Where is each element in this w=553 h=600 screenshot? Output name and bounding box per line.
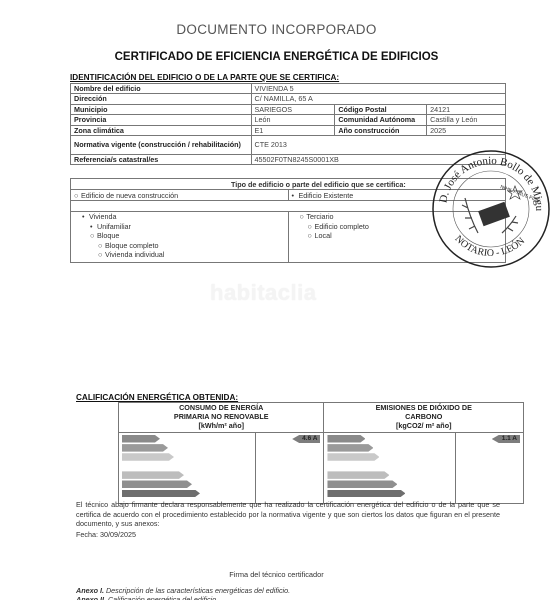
scale-bar-g [327, 490, 405, 498]
rating-heading: CALIFICACIÓN ENERGÉTICA OBTENIDA: [76, 393, 238, 402]
radio-empty-icon: ○ [308, 231, 313, 241]
emissions-scale [324, 433, 455, 504]
emissions-scale-bars [327, 435, 451, 497]
scale-bar-b [327, 444, 373, 452]
postal-code-label: Código Postal [335, 104, 427, 114]
annex-2: Anexo II. Calificación energética del ed… [76, 595, 218, 600]
option-new-construction[interactable]: ○ Edificio de nueva construcción [71, 190, 289, 201]
scale-bar-f [327, 480, 397, 488]
table-row: Municipio SARIEGOS Código Postal 24121 [71, 104, 506, 114]
postal-code-value: 24121 [427, 104, 506, 114]
option-bloque-completo[interactable]: ○ Bloque completo [74, 241, 285, 251]
emissions-header: EMISIONES DE DIÓXIDO DE CARBONO [kgCO2/ … [324, 403, 524, 433]
option-label: Edificio de nueva construcción [81, 191, 178, 200]
climate-zone-value: E1 [251, 125, 335, 135]
scale-bar-e [122, 471, 184, 479]
energy-scale [119, 433, 256, 504]
radio-empty-icon: ○ [90, 231, 95, 241]
scale-bar-g [122, 490, 200, 498]
emissions-rating-value: 1.1 A [492, 435, 520, 443]
option-vivienda[interactable]: • Vivienda [74, 212, 285, 222]
radio-filled-icon: • [82, 212, 87, 222]
scale-bar-a [122, 435, 160, 443]
building-name-label: Nombre del edificio [71, 84, 252, 94]
option-bloque[interactable]: ○ Bloque [74, 231, 285, 241]
declaration-text: El técnico abajo firmante declara respon… [76, 500, 500, 529]
radio-filled-icon: • [292, 191, 297, 200]
notary-seal-icon: D. José Antonio Bollo de Miguel NOTARIO … [430, 148, 552, 270]
energy-scale-bars [122, 435, 252, 497]
residential-options: • Vivienda • Unifamiliar ○ Bloque ○ Bloq… [71, 212, 289, 263]
scale-bar-b [122, 444, 168, 452]
radio-empty-icon: ○ [308, 222, 313, 232]
table-row: Nombre del edificio VIVIENDA 5 [71, 84, 506, 94]
energy-rating-value: 4.6 A [292, 435, 320, 443]
autonomous-community-label: Comunidad Autónoma [335, 115, 427, 125]
province-value: León [251, 115, 335, 125]
scale-bar-c [122, 453, 174, 461]
construction-year-label: Año construcción [335, 125, 427, 135]
regulation-label: Normativa vigente (construcción / rehabi… [71, 136, 252, 155]
table-row: Dirección C/ NAMILLA, 65 A [71, 94, 506, 104]
radio-empty-icon: ○ [98, 241, 103, 251]
annex-1: Anexo I. Descripción de las característi… [76, 586, 290, 595]
signature-label: Firma del técnico certificador [0, 570, 553, 579]
table-row: Provincia León Comunidad Autónoma Castil… [71, 115, 506, 125]
cadastral-ref-label: Referencia/s catastral/es [71, 155, 252, 165]
table-row: Zona climática E1 Año construcción 2025 [71, 125, 506, 135]
address-value: C/ NAMILLA, 65 A [251, 94, 506, 104]
document-stamp: DOCUMENTO INCORPORADO [0, 22, 553, 37]
radio-empty-icon: ○ [300, 212, 305, 222]
province-label: Provincia [71, 115, 252, 125]
construction-year-value: 2025 [427, 125, 506, 135]
emissions-rating-cell: 1.1 A [455, 433, 523, 504]
option-label: Edificio Existente [299, 191, 354, 200]
watermark-logo: habitaclia [210, 280, 316, 306]
municipality-value: SARIEGOS [251, 104, 335, 114]
scale-bar-c [327, 453, 379, 461]
scale-bar-a [327, 435, 365, 443]
energy-consumption-header: CONSUMO DE ENERGÍA PRIMARIA NO RENOVABLE… [119, 403, 324, 433]
address-label: Dirección [71, 94, 252, 104]
certificate-date: Fecha: 30/09/2025 [76, 530, 136, 539]
option-vivienda-individual[interactable]: ○ Vivienda individual [74, 250, 285, 260]
scale-bar-e [327, 471, 389, 479]
municipality-label: Municipio [71, 104, 252, 114]
document-title: CERTIFICADO DE EFICIENCIA ENERGÉTICA DE … [0, 51, 553, 63]
energy-rating-cell: 4.6 A [256, 433, 324, 504]
option-unifamiliar[interactable]: • Unifamiliar [74, 222, 285, 232]
autonomous-community-value: Castilla y León [427, 115, 506, 125]
svg-text:D. José Antonio Bollo de Migue: D. José Antonio Bollo de Miguel [430, 148, 545, 212]
radio-empty-icon: ○ [74, 191, 79, 200]
climate-zone-label: Zona climática [71, 125, 252, 135]
radio-empty-icon: ○ [98, 250, 103, 260]
energy-rating-table: CONSUMO DE ENERGÍA PRIMARIA NO RENOVABLE… [118, 402, 524, 504]
scale-bar-f [122, 480, 192, 488]
radio-filled-icon: • [90, 222, 95, 232]
identification-heading: IDENTIFICACIÓN DEL EDIFICIO O DE LA PART… [70, 73, 339, 82]
building-name-value: VIVIENDA 5 [251, 84, 506, 94]
